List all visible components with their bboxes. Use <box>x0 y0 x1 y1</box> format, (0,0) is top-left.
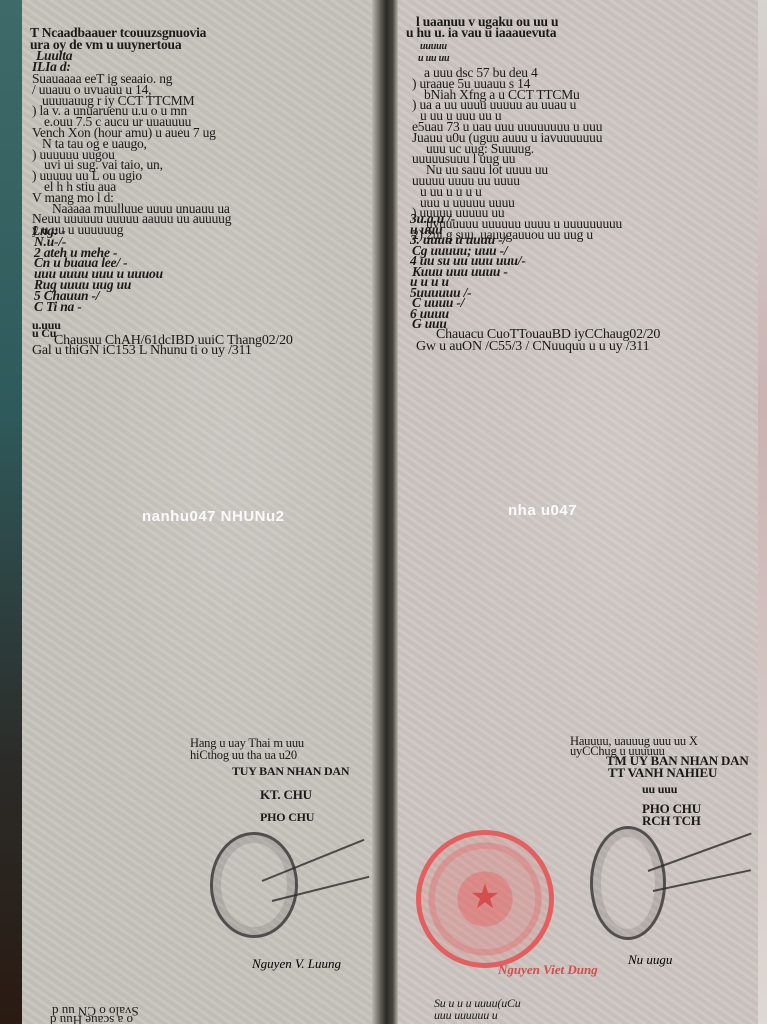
signature-stroke <box>653 869 751 892</box>
right-sign-org: TT VANH NAHIEU <box>608 766 717 780</box>
left-footer-heading: u Cu <box>32 326 56 340</box>
right-bottom-note: uuu uuuuuu u <box>434 1008 498 1022</box>
official-stamp-black <box>210 832 298 938</box>
signer-name: Nu uugu <box>628 952 672 968</box>
right-section-label: u uu uu <box>418 52 449 66</box>
left-sign-org: TUY BAN NHAN DAN <box>232 764 349 778</box>
book-gutter <box>372 0 398 1024</box>
left-document-page: T Ncaadbaauer tcouuzsgnuovia ura oy de v… <box>22 0 372 1024</box>
background-edge-left <box>0 0 22 1024</box>
star-emblem-icon: ★ <box>470 877 500 917</box>
right-header-line: u hu u. ia vau u iaaauevuta <box>406 26 556 40</box>
signer-name: Nguyen V. Luung <box>252 956 341 972</box>
right-sign-org: RCH TCH <box>642 814 701 828</box>
watermark: nanhu047 NHUNu2 <box>142 508 285 525</box>
left-sign-date: hiCthog uu tha ua u20 <box>190 748 297 762</box>
right-footer-line: Gw u auON /C55/3 / CNuuquu u u uy /311 <box>416 340 649 354</box>
official-stamp-red: ★ <box>416 830 554 968</box>
right-document-page: l uaanuu v ugaku ou uu u u hu u. ia vau … <box>398 0 758 1024</box>
signature-stroke <box>648 832 752 872</box>
watermark: nha u047 <box>508 502 577 519</box>
left-footer-line: Gal u thiGN iC153 L Nhunu ti o uy /311 <box>32 344 252 358</box>
right-sign-org: uu uuu <box>642 782 677 796</box>
left-sign-org: PHO CHU <box>260 810 314 824</box>
text-line: C Ti na - <box>34 300 82 314</box>
official-stamp-black <box>590 826 666 940</box>
background-edge-right <box>758 0 767 1024</box>
signer-name-red: Nguyen Viet Dung <box>498 962 598 978</box>
left-sign-org: KT. CHU <box>260 788 312 802</box>
left-bottom-note: o a scaue Huu d <box>50 1012 133 1024</box>
